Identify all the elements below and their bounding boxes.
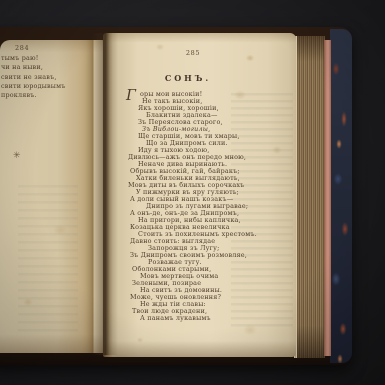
- left-page-line: свити юродывымъ: [1, 82, 66, 91]
- book-photo: 284 тымъ раю!чи на ныви,свити не знавъ,с…: [0, 0, 385, 385]
- poem-line: А панамъ лукавымъ: [128, 315, 293, 322]
- poem-text: оры мои высокiи!Не такъ высокiи,Якъ хоро…: [128, 91, 293, 322]
- show-through-text: [18, 185, 78, 335]
- left-page-line: проклявъ.: [1, 91, 66, 100]
- left-page-line: свити не знавъ,: [1, 73, 66, 82]
- left-page-line: тымъ раю!: [1, 54, 66, 63]
- right-page: 285 СОНЪ. Г оры мои высокiи!Не такъ высо…: [103, 33, 296, 357]
- marbled-cover-edge: [330, 29, 352, 363]
- poem-title: СОНЪ.: [128, 73, 248, 83]
- fleuron-ornament: ✳: [13, 151, 21, 161]
- page-block-fore-edge: [294, 36, 325, 358]
- left-page: 284 тымъ раю!чи на ныви,свити не знавъ,с…: [0, 40, 104, 353]
- left-page-line: чи на ныви,: [1, 63, 66, 72]
- left-page-text: тымъ раю!чи на ныви,свити не знавъ,свити…: [1, 54, 66, 100]
- page-block-inner-edge: [324, 40, 331, 356]
- page-number-right: 285: [163, 49, 223, 57]
- page-number-left: 284: [15, 44, 29, 52]
